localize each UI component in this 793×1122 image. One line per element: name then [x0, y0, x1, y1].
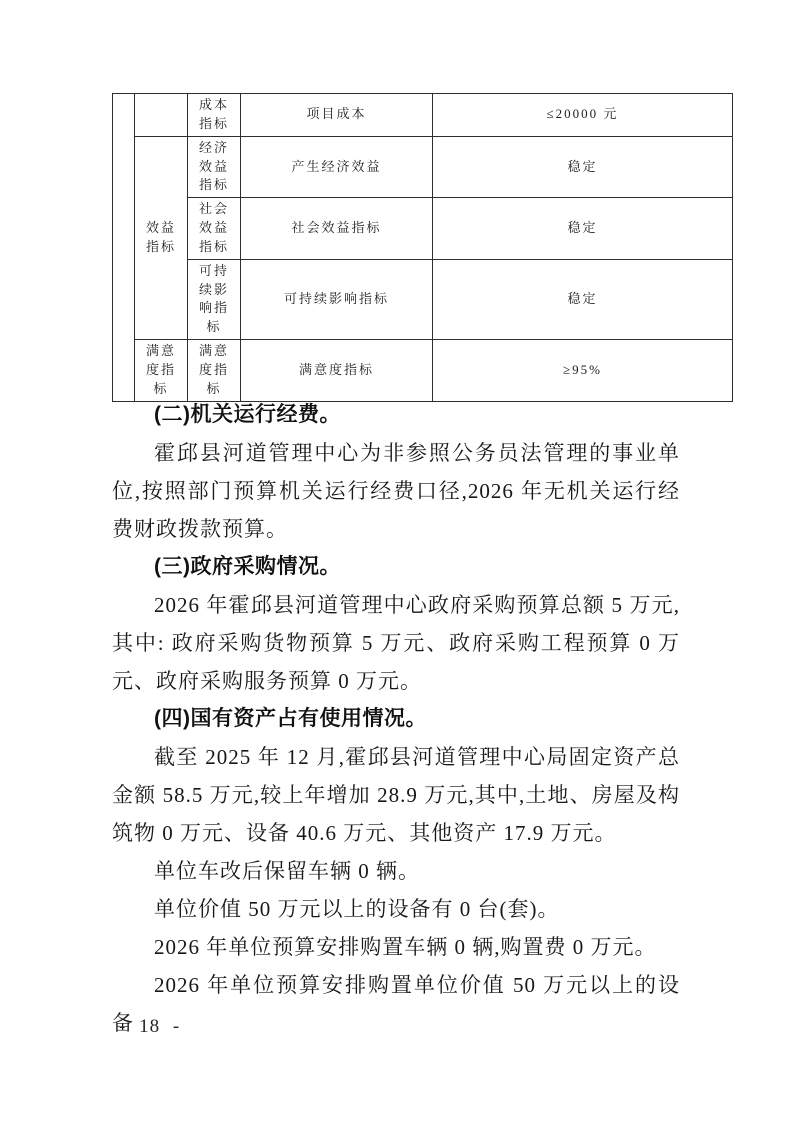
- cell-indicator-name: 可持续影响指标: [241, 259, 433, 339]
- document-body: (二)机关运行经费。 霍邱县河道管理中心为非参照公务员法管理的事业单位,按照部门…: [112, 396, 680, 1042]
- cell-indicator-type: 社会效益指标: [188, 198, 241, 260]
- cell-category-empty: [135, 94, 188, 137]
- cell-category-benefit: 效益指标: [135, 136, 188, 339]
- table-row: 效益指标 经济效益指标 产生经济效益 稳定: [113, 136, 733, 198]
- performance-indicator-table: 成本指标 项目成本 ≤20000 元 效益指标 经济效益指标 产生经济效益 稳定…: [112, 93, 733, 402]
- paragraph-government-procurement: 2026 年霍邱县河道管理中心政府采购预算总额 5 万元,其中: 政府采购货物预…: [112, 586, 680, 700]
- section-heading-state-owned-assets: (四)国有资产占有使用情况。: [112, 700, 680, 738]
- cell-indicator-type: 经济效益指标: [188, 136, 241, 198]
- cell-indicator-type: 成本指标: [188, 94, 241, 137]
- paragraph-vehicle-purchase-budget: 2026 年单位预算安排购置车辆 0 辆,购置费 0 万元。: [112, 928, 680, 966]
- cell-indicator-type: 可持续影响指标: [188, 259, 241, 339]
- cell-left-spanner: [113, 94, 135, 402]
- table-row: 社会效益指标 社会效益指标 稳定: [113, 198, 733, 260]
- section-heading-agency-operating-expense: (二)机关运行经费。: [112, 396, 680, 434]
- paragraph-agency-operating-expense: 霍邱县河道管理中心为非参照公务员法管理的事业单位,按照部门预算机关运行经费口径,…: [112, 434, 680, 548]
- cell-indicator-name: 社会效益指标: [241, 198, 433, 260]
- document-page: 成本指标 项目成本 ≤20000 元 效益指标 经济效益指标 产生经济效益 稳定…: [0, 0, 793, 1122]
- cell-indicator-name: 项目成本: [241, 94, 433, 137]
- cell-category-satisfaction: 满意度指标: [135, 340, 188, 402]
- page-number: - 18 -: [119, 1016, 180, 1038]
- paragraph-equipment-over-500k: 单位价值 50 万元以上的设备有 0 台(套)。: [112, 890, 680, 928]
- section-heading-government-procurement: (三)政府采购情况。: [112, 548, 680, 586]
- cell-indicator-name: 满意度指标: [241, 340, 433, 402]
- cell-indicator-name: 产生经济效益: [241, 136, 433, 198]
- table-row: 可持续影响指标 可持续影响指标 稳定: [113, 259, 733, 339]
- paragraph-equipment-purchase-budget: 2026 年单位预算安排购置单位价值 50 万元以上的设备: [112, 966, 680, 1042]
- cell-indicator-value: 稳定: [433, 136, 733, 198]
- paragraph-retained-vehicles: 单位车改后保留车辆 0 辆。: [112, 852, 680, 890]
- table-row: 成本指标 项目成本 ≤20000 元: [113, 94, 733, 137]
- cell-indicator-value: ≤20000 元: [433, 94, 733, 137]
- cell-indicator-value: 稳定: [433, 259, 733, 339]
- table-row: 满意度指标 满意度指标 满意度指标 ≥95%: [113, 340, 733, 402]
- paragraph-fixed-assets-total: 截至 2025 年 12 月,霍邱县河道管理中心局固定资产总金额 58.5 万元…: [112, 738, 680, 852]
- cell-indicator-value: ≥95%: [433, 340, 733, 402]
- cell-indicator-value: 稳定: [433, 198, 733, 260]
- cell-indicator-type: 满意度指标: [188, 340, 241, 402]
